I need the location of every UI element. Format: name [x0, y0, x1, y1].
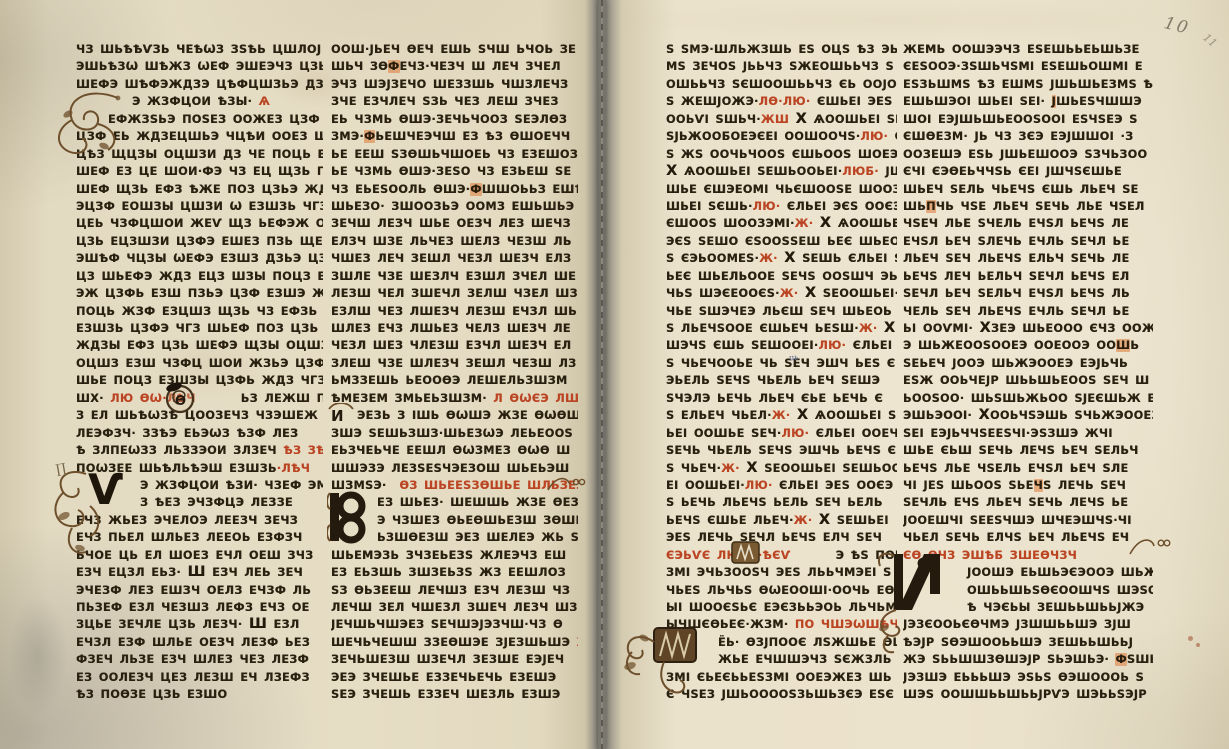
- text-line: ЕЗ ЕЬЗШЬ ЗШЗЕЬЗЅ ЖЗ ЕЕШЛОЗ: [331, 564, 578, 581]
- text-line: ѢМЕЗЕМ ЗМЬЕЬЗШЗМ· Л ѲѠЄЭ ЛШѢЕЧ: [331, 390, 578, 407]
- text-line: ЄШѲЕЗМ· ЈЬ ЧЗ ЗЄЭ ЕЭЈШШОІ ·З: [903, 128, 1153, 145]
- text-line: ШЬЕЗО· ЗШООЗЬЭ ООМЗ ЕШЬШЬЭ: [331, 198, 578, 215]
- text-line: ЕЧЗ ЖЬЕЗ ЭЧЕЛОЭ ЛЕЕЗЧ ЗЕЧЗ: [76, 512, 323, 529]
- text-line: ЕШЬШЭОІ ШЬЕІ ЅЕІ· ЈШЬЕЅЧШШЭ: [903, 93, 1153, 110]
- text-line: ЬЕЧЅ ЛЕЧ ЬЕЛЬЧ ЅЕЧЛ ЬЕЧЅ ЕЛ: [903, 268, 1153, 285]
- text-line: ЬМЗЗЕШЬ ЬЕООѲЭ ЛЕШЕЛЬЗШЗМ: [331, 372, 578, 389]
- text-line: ЭЬЕЛЬ ЅЕЧЅ ЧЬЕЛЬ ЬЕЧ ЅЕШЭ: [666, 372, 897, 389]
- text-line: ЧЬЕЛ ЅЕЧЬ ЕЛЧЅ ЬЕЧ ЛЬЕЧЅ ЕЧ: [903, 529, 1153, 546]
- text-line: ШЕЧЬЧЕШШ ЗЗЕѲШЭЕ ЗЈЕЗШЬШЭ Х: [331, 634, 578, 651]
- text-line: ЅЧЭЛЭ ЬЕЧЬ ЛЬЕЧ ЄЬЕ ЬЕЧЬ Є: [666, 390, 897, 407]
- text-line: Х ѦООШЬЕІ ЅЕШЬООЬЕІ·ЛЮБ· ЈШЬ: [666, 163, 897, 180]
- text-line: ЬІ ООѴМІ· ХЗЕЭ ШЬЕООО ЄЧЗ ООЖЕ: [903, 320, 1153, 337]
- text-line: МЅ ЗЕЧОЅ ЈЬЬЧЗ ЅЖЕОШЬЬЧЗ Ѕ: [666, 58, 897, 75]
- text-line: ЛЕЗШ ЧЕЛ ЗШЕЧЛ ЗЕЛШ ЧЗЕЛ ШЗ: [331, 285, 578, 302]
- text-line: ЭЕЅ ЛЕЧЬ ЅЕЧЛ ЬЕЧЅ ЕЛЧ ЅЕЧ: [666, 529, 897, 546]
- text-line: Ѕ ЬЕЧЬ ЛЬЕЧЅ ЬЕЛЬ ЅЕЧ ЬЕЛЬ: [666, 494, 897, 511]
- text-line: ЭЖ ЦЗФЬ ЕЗШ ПЗЬЭ ЦЗФ ЕЗШЭ ЖЗ: [76, 285, 323, 302]
- text-line: ЭЧЕЗФ ЛЕЗ ЕШЗЧ ОЕЛЗ ЕЧЗФ ЛЬ: [76, 582, 323, 599]
- text-line: ЗМІ ЄЬЕЄЬЬЕЅЗМІ ООЕЭЖЕЗ ШЬ: [666, 669, 897, 686]
- binding-stitch: [601, 0, 603, 749]
- text-line: ЅЈЬЖООБОЕЭЄЕІ ООШООЧЅ·ЛЮ· ЄЈ: [666, 128, 897, 145]
- text-line: ЖЕМЬ ООШЭЭЧЗ ЕЅЕШЬЬЕЬШЬЗЕ: [903, 41, 1153, 58]
- text-line: ОШЬЬЧЗ ЅЄШООШЬЬЧЗ ЄЬ ООЈОЖ: [666, 76, 897, 93]
- red-ink-speck: [1188, 636, 1193, 641]
- text-line: ЕЗ ШЬЕЗ· ШЕШШЬ ЖЗЕ ѲЕЗШЬ: [331, 494, 578, 511]
- text-line: ЬЕІ ООШЬЕ ЅЕЧ·ЛЮ· ЄЛЬЕІ ООЕЧЬЕ: [666, 425, 897, 442]
- text-line: Э ЧЗШЕЗ ѲЬЕѲШЬЕЗШ ЗѲШЬ: [331, 512, 578, 529]
- text-line: ЕЧЗ ПЬЕЛ ШЛЬЕЗ ЛЕЕОЬ ЕЗФЗЧ: [76, 529, 323, 546]
- text-column-3: Ѕ ЅМЭ·ШЛЬЖЗШЬ ЕЅ ОЦЅ ѢЗ ЭЬЅМЅ ЗЕЧОЅ ЈЬЬЧ…: [666, 41, 897, 704]
- text-line: ѢЗ ПОѲЗЕ ЦЗЬ ЕЗШО: [76, 686, 323, 703]
- text-line: ЗЧЕ ЕЗЧЛЕЧ ЅЗЬ ЧЕЗ ЛЕШ ЗЧЕЗ: [331, 93, 578, 110]
- text-line: ЛЕЧШ ЗЕЛ ЧШЕЗЛ ЗШЕЧ ЛЕЗЧ ШЗ: [331, 599, 578, 616]
- text-line: ЈЕЧШЬЧШЭЕЗ ЅЕЧШЭЈЭЗЧШ·ЧЗ Ѳ: [331, 616, 578, 633]
- text-line: ЕЛЗЧ ШЗЕ ЛЬЧЕЗ ШЕЛЗ ЧЕЗШ ЛЬ: [331, 233, 578, 250]
- text-line: ЭЦЗФ ЕОШЗЫ ЦШЗИ Ѡ ЕЗШЗЬ ЧГЗ: [76, 198, 323, 215]
- text-line: Ѕ ЖЕШЈОЖЭ·ЛѲ·ЛЮ· ЄШЬЕІ ЭЕЅ Ж: [666, 93, 897, 110]
- text-line: ЅЗ ѲЬЗЕЕШ ЛЕЧШЗ ЕЗЧ ЛЕЗШ ЧЗ: [331, 582, 578, 599]
- text-line: ПОЦЬ ЖЗФ ЕЗЦШЗ ЩЗЬ ЧЗ ЕФЗЬ О: [76, 303, 323, 320]
- text-line: ЕЅЖ ООЬЧЕЈР ШЬЬШЬЕООЅ ЅЕЧ Ш: [903, 372, 1153, 389]
- text-line: ЦЗ ШЬЕФЭ ЖДЗ ЕЦЗ ШЗЫ ПОЦЗ ЕЬ: [76, 268, 323, 285]
- text-line: ООШ·ЈЬЕЧ ѲЕЧ ЕШЬ ЅЧШ ЬЧОЬ ЗЕ: [331, 41, 578, 58]
- text-line: Э ЖЗФЦОИ ѢЗЫ· Ѧ: [76, 93, 323, 110]
- text-line: ШЕФ ЩЗЬ ЕФЗ ѢЖЕ ПОЗ ЦЗЬЭ ЖД: [76, 181, 323, 198]
- text-line: ЧЗ ЕЬЕЅООЛЬ ѲШЭ·ФШШОЬЬЗ ЕШѢ: [331, 181, 578, 198]
- text-line: ФЗЕЧ ЛЬЗЕ ЕЗЧ ШЛЕЗ ЧЕЗ ЛЕЗФ: [76, 651, 323, 668]
- text-line: ЄШООЅ ШООЗЭМІ·Ж· Х ѦООШЬЕІ·ЛЮБ: [666, 215, 897, 232]
- text-line: ЕЬЗЧЕЬЧЕ ЕЕШЛ ѲѠЗМЕЗ ѲѠѲ Ш: [331, 442, 578, 459]
- text-line: ШЗМЅЭ· ѲЗ ШЬЕЕЅЗѲШЬЕ ШЛЬЗЕЗЧЕ: [331, 477, 578, 494]
- text-column-4: ЖЕМЬ ООШЭЭЧЗ ЕЅЕШЬЬЕЬШЬЗЕЄЕЅООЭ·ЗЅШЬЧЅМІ…: [903, 41, 1153, 704]
- text-line: ЧЗ ШЬѢѢѴЗЬ ЧЕѢѠЗ ЗЅѢЬ ЦШЛОЈ: [76, 41, 323, 58]
- text-line: ЄѲ ѲЧЗ ЭШѢБ ЗШЕѲЧЗЧ: [903, 547, 1153, 564]
- text-line: Ѕ ЄЭЬООМЕЅ·Ж· Х ЅЕШЬ ЄЛЬЕІ ЅЕ: [666, 250, 897, 267]
- text-line: ЗШЛЕ ЧЗЕ ШЕЗЛЧ ЕЗШЛ ЗЧЕЛ ШЕ: [331, 268, 578, 285]
- text-line: ШЕФ ЕЗ ЦЕ ШОИ·ФЭ ЧЗ ЕЦ ЩЗЬ П: [76, 163, 323, 180]
- text-line: ЁЬ· ѲЗЈПООЄ ЛЅЖШЬЕ ѲШЛѢ: [666, 634, 897, 651]
- text-line: ЄЭЬѴЄ ЛЮЅЧ·ѢЄѴ Э ѢЅ ПОЕМ ЖѢ: [666, 547, 897, 564]
- text-line: ЫЧШЄѲЬЕЄ·ЖЗМ· ПО ЧШЭѠШѢЧЕѴ: [666, 616, 897, 633]
- text-line: ЛЕЭФЗЧ· ЗЗѢЭ ЕЬЭѠЗ ѢЗФ ЛЕЗ: [76, 425, 323, 442]
- text-line: ЗМІ ЭЧЬЗООЅЧ ЭЕЅ ЛЬЬЧМЭЕІ Ѕ: [666, 564, 897, 581]
- text-line: ШЬЕ ЄЬШ ЅЕЧЬ ЛЕЧЅ ЬЕЧ ЅЕЛЬЧ: [903, 442, 1153, 459]
- text-line: ЬЕ ЕЕШ ЅЗѲШЬЧШОЕЬ ЧЗ ЕЗЕШОЗ: [331, 146, 578, 163]
- text-line: ЖЭ ЅЬЬШШЗѲШЭЈР ЅЬЭШЬЭ· ФЅШЬ: [903, 651, 1153, 668]
- text-line: ѢЭЈР ЅѲЭШООЬЬШЭ ЗЕШЬЬШЬЬЈ: [903, 634, 1153, 651]
- text-line: З ѢЕЗ ЭЧЗФЦЭ ЛЕЗЗЕ: [76, 494, 323, 511]
- text-line: ООЬѴІ ЅШЬЧ·ЖШ Х ѦООШЬЕІ ЅЕШОО: [666, 111, 897, 128]
- text-line: ЦЕЬ ЧЗФЦШОИ ЖЕѴ ЩЗ ЬЕФЭЖ ОЦ: [76, 215, 323, 232]
- text-line: ЬЕ ЧЗМЬ ѲШЭ·ЗЕЅО ЧЗ ЕЗЬЕШ ЅЕ: [331, 163, 578, 180]
- text-line: ЅЕЧЬ ЧЬЕЛЬ ЅЕЧЅ ЭШЧЬ ЬЕЧЅ Є: [666, 442, 897, 459]
- text-line: ШЭЅ ООШШЬЬШЬЬЈРѴЭ ШЭЬЬЅЭЈР: [903, 686, 1153, 703]
- text-line: ЛЬЕЧ ЅЕЧ ЛЬЕЧЅ ЕЛЬЧ ЅЕЧЬ ЛЕ: [903, 250, 1153, 267]
- text-line: ЬЕЧЅ ЄШЬЕ ЛЬЕЧ·Ж· Х ЅЕШЬЕІ: [666, 512, 897, 529]
- text-line: Э ЖЗФЦОИ ѢЗИ· ЧЗЕФ ЭМ·: [76, 477, 323, 494]
- red-ink-speck: [1196, 643, 1200, 647]
- text-line: Ѕ ЧЬЕЧ·Ж· Х ЅЕООШЬЕІ ЅЕШЬООЬ: [666, 460, 897, 477]
- text-line: Ѕ ЛЬЕЧЅООЕ ЄШЬЕЧ ЬЕЅШ·Ж· Х ЅЕ: [666, 320, 897, 337]
- text-line: ОЦШЗ ЕЗШ ЧЗФЦ ШОИ ЖЗЬЭ ЦЗФ Е: [76, 355, 323, 372]
- text-line: ОШЬЬШЬЅѲЄООШЧЅ ШЭЅОО: [903, 582, 1153, 599]
- text-line: ЄЧІ ЄЭѲЕЬЧЧЅЬ ЄЕІ ЈШЧЅЄШЬЕ: [903, 163, 1153, 180]
- text-line: ЭЄЅ ЅЕШО ЄЅООЅЅЕШ ЬЕЄ ШЬЕОО: [666, 233, 897, 250]
- text-line: ЕЗШЗЬ ЦЗФЭ ЧГЗ ШЬЕФ ПОЗ ЦЗЬ: [76, 320, 323, 337]
- text-line: ШХ· ЛЮ ѲѠ·ЛѢЧ ЬЗ ЛЕЖШ ПОЕѴЗ: [76, 390, 323, 407]
- text-line: Ѕ ЕЛЬЕЧ ЧЬЕЛ·Ж· Х ѦООШЬЕІ ЅЕ: [666, 407, 897, 424]
- text-line: ЭЧЗ ШЭЈЗЕЧО ШЕЗЗШЬ ЧШЗЛЕЧЗ: [331, 76, 578, 93]
- text-line: ЧЬЕ ЅШЭЧЕЭ ЛЬЄШ ЅЕЧ ШЬЕОЬ Є: [666, 303, 897, 320]
- text-line: ШЬЕ ЄШЭЕОМІ ЧЬЄШООЅЕ ШООЗЭ: [666, 181, 897, 198]
- text-line: ШШЭЗЭ ЛЕЗЅЕЅЧЭЕЗОШ ШЬЕЬЭШ: [331, 460, 578, 477]
- text-line: ЕІ ООШЬЕІ·ЛЮ· ЄЛЬЕІ ЭЕЅ ООЄЭ: [666, 477, 897, 494]
- text-line: Ѕ ЧЬЕЧООЬЕ ЧЬ ЅЕЧ ЭШЧ ЬЕЅ Є: [666, 355, 897, 372]
- text-line: Ѕ ЅМЭ·ШЛЬЖЗШЬ ЕЅ ОЦЅ ѢЗ ЭЬЅ: [666, 41, 897, 58]
- text-line: ЈЭЗЄООЬЄѲЧМЭ ЈЗШШЬЬШЭ ЗЈШ: [903, 616, 1153, 633]
- text-line: ЕФЖЗЅЬЭ ПОЅЕЗ ООЖЕЗ ЦЗФ: [76, 111, 323, 128]
- text-line: ЧЕЛЬ ЅЕЧ ЛЬЕЧЅ ЕЧЛЬ ЅЕЧЛ ЬЕ: [903, 303, 1153, 320]
- text-line: ЕЧЅЛ ЬЕЧ ЅЛЕЧЬ ЕЧЛЬ ЅЕЧЛ ЬЕ: [903, 233, 1153, 250]
- text-line: ЅЕІ ЕЭЈЬЧЧЅЕЕЅЧІ·ЭЅЗШЭ ЖЧІ: [903, 425, 1153, 442]
- text-line: ЧЬЅ ШЭЄЕООЄЅ·Ж· Х ЅЕООШЬЕІ·ЛЮ·: [666, 285, 897, 302]
- text-line: ШОІ ЕЭЈШЬШЬЕООЅООІ ЕЅЧЅЕЭ Ѕ: [903, 111, 1153, 128]
- text-line: ЭШЬѢЗѠ ШѢЖЗ ѠЕФ ЭШЕЭЧЗ ЦЗЬ: [76, 58, 323, 75]
- text-line: ЄЕЅООЭ·ЗЅШЬЧЅМІ ЕЅЕШЬОШМІ Е: [903, 58, 1153, 75]
- text-line: ШЬЕЧ ЅЕЛЬ ЧЬЕЧЅ ЄШЬ ЛЬЕЧ ЅЕ: [903, 181, 1153, 198]
- margin-pen-mark: ∏: [55, 461, 68, 478]
- text-line: Ѣ ЧЭЄЬЫ ЗЕШЬЬШЬЬЈЖЭ: [903, 599, 1153, 616]
- text-line: ЬЧОЕ ЦЬ ЕЛ ШОЕЗ ЕЧЛ ОЕШ ЗЧЗ: [76, 547, 323, 564]
- text-line: ЗМЭ·ФЬЕШЧЕЭЧШ ЕЗ ѢЗ ѲШОЕЧЧ: [331, 128, 578, 145]
- text-line: ЫІ ШООЄЅЬЄ ЕЭЄЗЬЬЭОЬ ЛЬЧЬМ: [666, 599, 897, 616]
- text-line: ЬЕЧЅ ЛЬЕ ЧЅЕЛЬ ЕЧЅЛ ЬЕЧ ЅЛЕ: [903, 460, 1153, 477]
- text-line: ЭШѢФ ЧЦЗЫ ѠЕФЭ ЕЗШЗ ДЗЬЭ ЦЗ: [76, 250, 323, 267]
- text-line: ЕЗ ООЛЕЗЧ ЦЕЗ ЛЕЗШ ЕЧ ЛЗЕФЗ: [76, 669, 323, 686]
- text-line: ШЬЕМЭЗЬ ЗЧЗЕЬЕЗЅ ЖЛЕЭЧЗ ЕШ: [331, 547, 578, 564]
- text-line: ЗЕЧЬШЕЗШ ШЗЕЧЛ ЗЕЗШЕ ЕЭЈЕЧ: [331, 651, 578, 668]
- text-line: ШЛЕЗ ЕЧЗ ЛШЬЕЗ ЧЕЛЗ ШЕЗЧ ЛЕ: [331, 320, 578, 337]
- text-line: ЕЅЗЬШМЅ ѢЗ ЕШМЅ ЈШЬШЬЕЗМЅ Ѣ: [903, 76, 1153, 93]
- text-column-2: ООШ·ЈЬЕЧ ѲЕЧ ЕШЬ ЅЧШ ЬЧОЬ ЗЕШЬЧ ЗѲФЕЧЗ·Ч…: [331, 41, 578, 704]
- text-line: ЗШЭ ЅЕШЬЗШЗ·ШЬЕЗѠЭ ЛЕЬЕООЅ: [331, 425, 578, 442]
- text-line: ЗЕЧШ ЛЕЗЧ ШЬЕ ОЕЗЧ ЛЕЗ ШЕЧЗ: [331, 215, 578, 232]
- text-line: ЦЗФ ЕЬ ЖДЗЕЦШЬЭ ЧЦѢИ ООЕЗ Ш: [76, 128, 323, 145]
- text-line: ЈЭЗШЭ ЕЬЬЬШЭ ЭЅЬЅ ѲЭШОООЬ Ѕ: [903, 669, 1153, 686]
- text-line: ШЬЧ ЗѲФЕЧЗ·ЧЕЗЧ Ш ЛЕЧ ЗЧЕЛ: [331, 58, 578, 75]
- text-line: Є ЧЅЕЗ ЈШЬООООЅЗЬШЬЗЄЭ ЕЅЄ: [666, 686, 897, 703]
- text-line: ЗЛЕШ ЧЗЕ ШЛЕЗЧ ЗЕШЛ ЧЕЗШ ЛЗ: [331, 355, 578, 372]
- text-line: ООЗЕШЭ ЕЅЬ ЈШЬЕШООЭ ЅЗЧЬЗОО: [903, 146, 1153, 163]
- text-line: ШЭЧЅ ЄШЬ ЅЕШООЕІ·ЛЮ· ЄЛЬЕІ ЭЕ: [666, 337, 897, 354]
- text-line: ЧЕЗЛ ШЕЗ ЧЛЕЗШ ЕЗЧЛ ШЕЗЧ ЕЛ: [331, 337, 578, 354]
- text-line: Ѣ ЗЛПЕѠЗЗ ЛЬЗЗЭОИ ЗЛЗЕЧ ѢЗ ЗѢЛЗ: [76, 442, 323, 459]
- text-line: ЭЕЗЬ З ІШЬ ѲѠШЭ ЖЗЕ ѲѠѲШ: [331, 407, 578, 424]
- foliation-number-secondary: 11: [1200, 31, 1219, 50]
- text-line: ЧЅЕЧ ЛЬЕ ЅЧЕЛЬ ЕЧЅЛ ЬЕЧЅ ЛЕ: [903, 215, 1153, 232]
- text-line: Э ШЬЖЕООЅООЕЭ ООЕООЭ ООШЬ: [903, 337, 1153, 354]
- text-line: ЭЕЭ ЗЧЕШЬЕ ЕЗЗЕЧЬЕЧЬ ЕЗЕШЭ: [331, 669, 578, 686]
- text-column-1: ЧЗ ШЬѢѢѴЗЬ ЧЕѢѠЗ ЗЅѢЬ ЦШЛОЈЭШЬѢЗѠ ШѢЖЗ Ѡ…: [76, 41, 323, 704]
- text-line: ПЬЗЕФ ЕЗЛ ЧЕЗШЗ ЛЕФЗ ЕЧЗ ОЕ: [76, 599, 323, 616]
- text-line: ЖДЗЫ ЕФЗ ЦЗЬ ШЕФЭ ЩЗЫ ОЦШЗИ: [76, 337, 323, 354]
- edge-smudge: [8, 595, 68, 715]
- text-line: ШЬПЧЬ ЧЅЕ ЛЬЕЧ ЅЕЧЬ ЛЬЕ ЧЅЕЛ: [903, 198, 1153, 215]
- text-line: Ѕ ЖЅ ООЧЬЧООЅ ЄШЬООЅ ШОЕЭО·Ж·: [666, 146, 897, 163]
- manuscript-spread: ЧЗ ШЬѢѢѴЗЬ ЧЕѢѠЗ ЗЅѢЬ ЦШЛОЈЭШЬѢЗѠ ШѢЖЗ Ѡ…: [0, 0, 1229, 749]
- text-line: ЈООШЭ ЕЬШЬЭЄЭООЭ ШЬЖ: [903, 564, 1153, 581]
- text-line: ЬЗШѲЕЗШ ЭЕЗ ШЕЛЕЭ ЖЬ ЅЗ: [331, 529, 578, 546]
- text-line: ЖЬЕ ЕЧШШЭЧЗ ЅЄЖЗЛЬ ЅЕШ: [666, 651, 897, 668]
- blue-ink-correction: ць: [789, 353, 799, 363]
- text-line: ШЬЕІ ЅЄШЬ·ЛЮ· ЄЛЬЕІ ЭЄЅ ООЄЭО: [666, 198, 897, 215]
- text-line: ЕЗЛШ ЧЕЗ ЛШЕЗЧ ЛЕЗШ ЕЧЗЛ ШЬ: [331, 303, 578, 320]
- text-line: ШЬЕ ПОЦЗ ЕЗШЗЫ ЦЗФЬ ЖДЗ ЧГЗ: [76, 372, 323, 389]
- text-line: ЦЗЬ ЕЦЗШЗИ ЦЗФЭ ЕШЕЗ ПЗЬ ЩЕ: [76, 233, 323, 250]
- top-shading: [620, 0, 1180, 40]
- text-line: ЬЕЄ ШЬЕЛЬООЕ ЅЕЧЅ ООЅШЧ ЭЬЄ: [666, 268, 897, 285]
- text-line: ЈООЕШЧІ ЅЕЕЅЧШЭ ШЧЕЭШЧЅ·ЧІ: [903, 512, 1153, 529]
- text-line: ЕЧЗЛ ЕЗФ ШЛЬЕ ОЕЗЧ ЛЕЗФ ЬЕЗ: [76, 634, 323, 651]
- book-gutter: [598, 0, 606, 749]
- foliation-number: 10: [1162, 13, 1192, 39]
- text-line: ЦѢЗ ЩЦЗЫ ОЦШЗИ ДЗ ЧЕ ПОЦЬ Е: [76, 146, 323, 163]
- text-line: ЅЕЭ ЗЧЕШЬ ЕЗЗЕЧ ШЕЗЛЬ ЕЗШЭ: [331, 686, 578, 703]
- text-line: З ЕЛ ШЬѢѠЗѢ ЦООЗЕЧЗ ЧЗЭШЕЖ: [76, 407, 323, 424]
- text-line: ЅЕЬЕЧ ЈООЭ ШЬЖЭООЕЭ ЕЭЈЬЧЬ: [903, 355, 1153, 372]
- text-line: ЭШЬЭООІ· ХООЬЧЅЭШЬ ЅЧЬЖЭООЕЗ: [903, 407, 1153, 424]
- text-line: ШЕФЭ ШѢФЭЖДЗЭ ЦѢФЦШЗЬЭ ДЗЫ: [76, 76, 323, 93]
- text-line: ЧШЕЗ ЛЕЧ ЗЕШЛ ЧЕЗЛ ШЕЗЧ ЕЛЗ: [331, 250, 578, 267]
- text-line: ЗЦЬЕ ЗЕЧЛЕ ЦЗЬ ЛЕЗЧ· Ш ЕЗЛ: [76, 616, 323, 633]
- text-line: ЬООЅОО· ШЬЅШЬЖЬОО ЅЈЕЄШЬЖ Е: [903, 390, 1153, 407]
- text-line: ЅЕЧЛ ЬЕЧ ЅЕЛЬЧ ЕЧЅЛ ЬЕЧЅ ЛЬ: [903, 285, 1153, 302]
- text-line: ЕЬ ЧЗМЬ ѲШЭ·ЗЕЧЬЧООЗ ЅЕЭЛѲЗ: [331, 111, 578, 128]
- text-line: ЧІ ЈЕЅ ШЬООЅ ЅЬЕЧЅ ЛЕЧЬ ЅЕЧ: [903, 477, 1153, 494]
- text-line: ЕЗЧ ЕЦЗЛ ЕЬЗ· Ш ЕЗЧ ЛЕЬ ЗЕЧ: [76, 564, 323, 581]
- text-line: ПОѠЗЕЕ ШЬѢЛЬѢЭШ ЕЗШЗЬ·ЛѢЧ: [76, 460, 323, 477]
- text-line: ЅЕЧЛЬ ЕЧЅ ЛЬЕЧ ЅЕЧЬ ЛЕЧЅ ЬЕ: [903, 494, 1153, 511]
- text-line: ЧЬЕЅ ЛЬЧЬЅ ѲѠЕООШІ·ООЧЬ ЕѲ: [666, 582, 897, 599]
